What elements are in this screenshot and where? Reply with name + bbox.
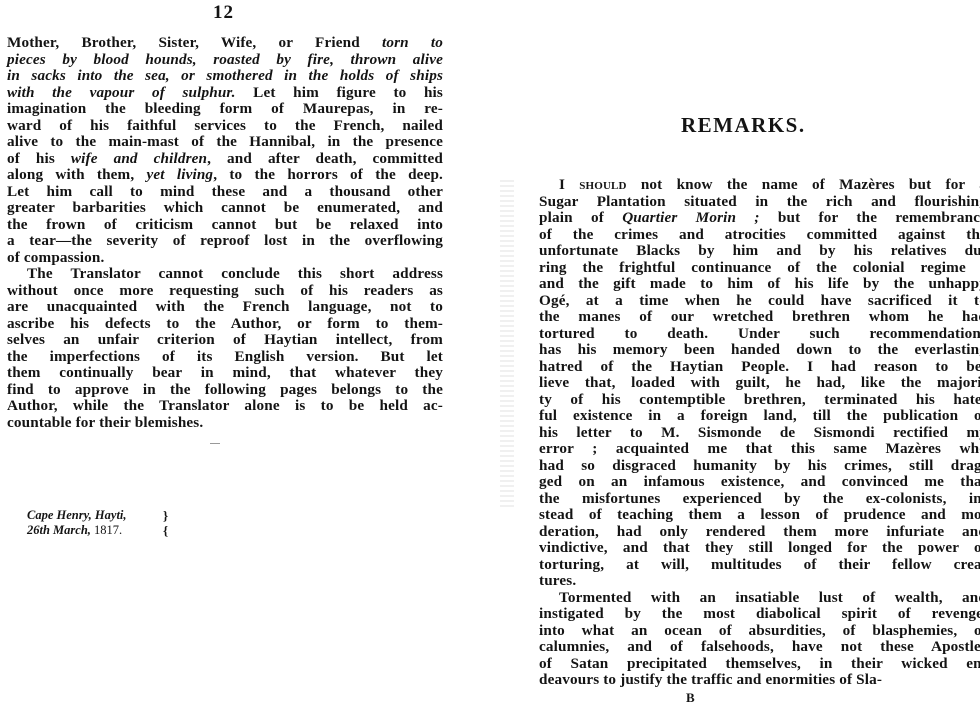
paragraph: Tormented with an insatiable lust of wea… [539,590,980,689]
text-line: Mother, Brother, Sister, Wife, or Friend… [7,35,443,52]
signature-mark: B [686,690,695,706]
text-line: hatred of the Haytian People. I had reas… [539,359,980,376]
text-line: selves an unfair criterion of Haytian in… [7,332,443,349]
text-line: tures. [539,573,980,590]
text-line: the manes of our wretched brethren whom … [539,309,980,326]
left-page: 12 Mother, Brother, Sister, Wife, or Fri… [0,0,460,711]
text-line: ged on an infamous existence, and convin… [539,474,980,491]
text-line: had so disgraced humanity by his crimes,… [539,458,980,475]
text-line: his letter to M. Sismonde de Sismondi re… [539,425,980,442]
text-line: a tear—the severity of reproof lost in t… [7,233,443,250]
text-line: the frown of criticism cannot but be rel… [7,217,443,234]
text-line: Sugar Plantation situated in the rich an… [539,194,980,211]
text-line: find to approve in the following pages b… [7,382,443,399]
signature-place: Cape Henry, Hayti, [27,508,127,523]
preface-text: Mother, Brother, Sister, Wife, or Friend… [7,35,443,431]
text-line: The Translator cannot conclude this shor… [7,266,443,283]
page-number: 12 [213,2,234,24]
paragraph: I should not know the name of Mazères bu… [539,177,980,590]
text-line: in sacks into the sea, or smothered in t… [7,68,443,85]
text-line: I should not know the name of Mazères bu… [539,177,980,194]
text-line: without once more requesting such of his… [7,283,443,300]
text-line: ring the frightful continuance of the co… [539,260,980,277]
paragraph: The Translator cannot conclude this shor… [7,266,443,431]
text-line: alive to the main-mast of the Hannibal, … [7,134,443,151]
text-line: plain of Quartier Morin ; but for the re… [539,210,980,227]
text-line: pieces by blood hounds, roasted by fire,… [7,52,443,69]
text-line: ful existence in a foreign land, till th… [539,408,980,425]
text-line: Tormented with an insatiable lust of wea… [539,590,980,607]
text-line: the imperfections of its English version… [7,349,443,366]
text-line: ty of his contemptible brethren, termina… [539,392,980,409]
text-line: and the gift made to him of his life by … [539,276,980,293]
text-line: calumnies, and of falsehoods, have not t… [539,639,980,656]
text-line: are unacquainted with the French languag… [7,299,443,316]
signature-year: 1817. [91,523,122,537]
signature-date: 26th March, 1817. [27,523,127,538]
signature-date-day: 26th March, [27,523,91,537]
text-line: of Satan precipitated themselves, in the… [539,656,980,673]
text-line: error ; acquainted me that this same Maz… [539,441,980,458]
brace-icon: }{ [163,508,168,538]
text-line: with the vapour of sulphur. Let him figu… [7,85,443,102]
text-line: of the crimes and atrocities committed a… [539,227,980,244]
text-line: into what an ocean of absurdities, of bl… [539,623,980,640]
text-line: of compassion. [7,250,443,267]
text-line: along with them, yet living, to the horr… [7,167,443,184]
remarks-text: I should not know the name of Mazères bu… [539,177,980,689]
section-heading: REMARKS. [681,113,806,138]
text-line: imagination the bleeding form of Maurepa… [7,101,443,118]
paragraph: Mother, Brother, Sister, Wife, or Friend… [7,35,443,266]
text-line: ward of his faithful services to the Fre… [7,118,443,135]
gutter-shadow [500,180,514,510]
divider [210,443,220,444]
text-line: Let him call to mind these and a thousan… [7,184,443,201]
text-line: stead of teaching them a lesson of prude… [539,507,980,524]
text-line: greater barbarities which cannot be enum… [7,200,443,217]
text-line: the misfortunes experienced by the ex-co… [539,491,980,508]
text-line: torturing, at will, multitudes of their … [539,557,980,574]
text-line: countable for their blemishes. [7,415,443,432]
text-line: Ogé, at a time when he could have sacrif… [539,293,980,310]
text-line: tortured to death. Under such recommenda… [539,326,980,343]
text-line: unfortunate Blacks by him and by his rel… [539,243,980,260]
right-page: REMARKS. I should not know the name of M… [520,0,980,711]
text-line: them continually bear in mind, that what… [7,365,443,382]
text-line: has his memory been handed down to the e… [539,342,980,359]
text-line: deavours to justify the traffic and enor… [539,672,980,689]
text-line: instigated by the most diabolical spirit… [539,606,980,623]
text-line: ascribe his defects to the Author, or fo… [7,316,443,333]
signature-block: Cape Henry, Hayti, 26th March, 1817. [27,508,127,538]
text-line: vindictive, and that they still longed f… [539,540,980,557]
text-line: deration, had only rendered them more in… [539,524,980,541]
text-line: Author, while the Translator alone is to… [7,398,443,415]
text-line: lieve that, loaded with guilt, he had, l… [539,375,980,392]
text-line: of his wife and children, and after deat… [7,151,443,168]
